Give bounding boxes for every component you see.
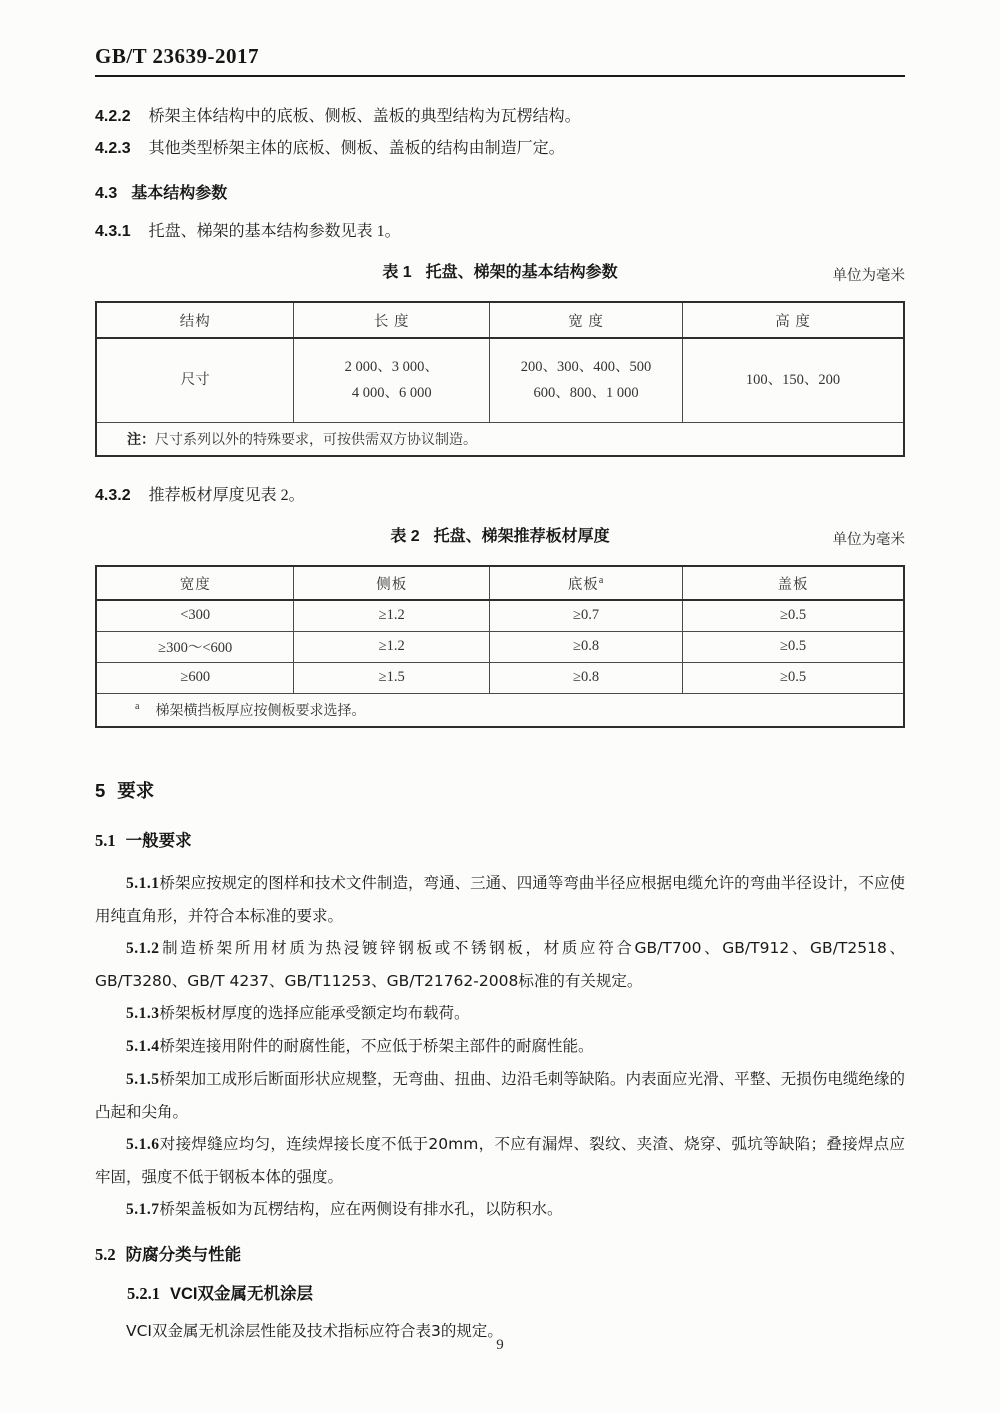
section-title: 基本结构参数 bbox=[131, 185, 227, 202]
table-row: 结构 长 度 宽 度 高 度 bbox=[96, 302, 904, 338]
table-row: 尺寸 2 000、3 000、 4 000、6 000 200、300、400、… bbox=[96, 338, 904, 422]
paragraph-text: 桥架板材厚度的选择应能承受额定均布载荷。 bbox=[160, 1004, 470, 1022]
footnote-marker: a bbox=[135, 701, 139, 712]
paragraph-text: 制造桥架所用材质为热浸镀锌钢板或不锈钢板，材质应符合GB/T700、GB/T91… bbox=[95, 939, 905, 990]
table1-note-cell: 注：尺寸系列以外的特殊要求，可按供需双方协议制造。 bbox=[96, 422, 904, 456]
paragraph-number: 5.1.6 bbox=[126, 1136, 160, 1153]
clause-4-3-1: 4.3.1托盘、梯架的基本结构参数见表 1。 bbox=[95, 217, 905, 247]
footnote-marker: a bbox=[599, 575, 604, 586]
table2-body: <300 ≥1.2 ≥0.7 ≥0.5 ≥300～<600 ≥1.2 ≥0.8 … bbox=[96, 600, 904, 727]
document-page: GB/T 23639-2017 4.2.2桥架主体结构中的底板、侧板、盖板的典型… bbox=[0, 0, 1000, 1414]
table1-caption-row: 表 1托盘、梯架的基本结构参数 单位为毫米 bbox=[95, 261, 905, 285]
paragraph-5-1-2: 5.1.2制造桥架所用材质为热浸镀锌钢板或不锈钢板，材质应符合GB/T700、G… bbox=[95, 932, 905, 997]
clause-text: 其他类型桥架主体的底板、侧板、盖板的结构由制造厂定。 bbox=[149, 140, 565, 157]
standard-number: GB/T 23639-2017 bbox=[95, 44, 905, 69]
section-title: 防腐分类与性能 bbox=[126, 1246, 242, 1264]
section-number: 5.1 bbox=[95, 831, 116, 850]
cell-cover-thickness: ≥0.5 bbox=[683, 662, 904, 693]
section-number: 5 bbox=[95, 780, 105, 801]
table1-width-cell: 200、300、400、500 600、800、1 000 bbox=[489, 338, 682, 422]
section-5-heading: 5要求 bbox=[95, 778, 905, 806]
page-content: GB/T 23639-2017 4.2.2桥架主体结构中的底板、侧板、盖板的典型… bbox=[95, 0, 905, 1346]
cell-width-range: <300 bbox=[96, 600, 294, 631]
header-bottom-text: 底板 bbox=[568, 577, 599, 593]
clause-number: 4.3.2 bbox=[95, 487, 131, 504]
paragraph-number: 5.1.3 bbox=[126, 1005, 160, 1022]
table2-footnote-cell: a梯架横挡板厚应按侧板要求选择。 bbox=[96, 693, 904, 727]
clause-text: 推荐板材厚度见表 2。 bbox=[149, 487, 305, 504]
cell-cover-thickness: ≥0.5 bbox=[683, 631, 904, 662]
section-number: 5.2.1 bbox=[127, 1284, 160, 1303]
cell-width-range: ≥300～<600 bbox=[96, 631, 294, 662]
paragraph-5-1-1: 5.1.1桥架应按规定的图样和技术文件制造，弯通、三通、四通等弯曲半径应根据电缆… bbox=[95, 867, 905, 932]
paragraph-5-1-7: 5.1.7桥架盖板如为瓦楞结构，应在两侧设有排水孔，以防积水。 bbox=[95, 1193, 905, 1226]
section-title: VCI双金属无机涂层 bbox=[170, 1285, 313, 1303]
clause-number: 4.2.2 bbox=[95, 108, 131, 125]
clause-4-3-2: 4.3.2推荐板材厚度见表 2。 bbox=[95, 481, 905, 511]
section-5-1-heading: 5.1一般要求 bbox=[95, 828, 905, 855]
paragraph-text: 对接焊缝应均匀，连续焊接长度不低于20mm，不应有漏焊、裂纹、夹渣、烧穿、弧坑等… bbox=[95, 1135, 905, 1186]
table2-footnote-row: a梯架横挡板厚应按侧板要求选择。 bbox=[96, 693, 904, 727]
clause-number: 4.3.1 bbox=[95, 223, 131, 240]
table1-header-width: 宽 度 bbox=[489, 302, 682, 338]
table2-caption-label: 表 2 bbox=[390, 528, 419, 545]
footnote-text: 梯架横挡板厚应按侧板要求选择。 bbox=[155, 704, 365, 719]
paragraph-5-1-5: 5.1.5桥架加工成形后断面形状应规整，无弯曲、扭曲、边沿毛刺等缺陷。内表面应光… bbox=[95, 1063, 905, 1128]
clause-4-2-2: 4.2.2桥架主体结构中的底板、侧板、盖板的典型结构为瓦楞结构。 bbox=[95, 101, 905, 133]
table2-header-bottom: 底板a bbox=[489, 566, 682, 600]
clause-number: 4.2.3 bbox=[95, 140, 131, 157]
clause-4-2-3: 4.2.3其他类型桥架主体的底板、侧板、盖板的结构由制造厂定。 bbox=[95, 133, 905, 165]
width-values-line2: 600、800、1 000 bbox=[494, 380, 678, 406]
paragraph-number: 5.1.4 bbox=[126, 1038, 160, 1055]
paragraph-text: 桥架连接用附件的耐腐性能，不应低于桥架主部件的耐腐性能。 bbox=[160, 1037, 594, 1055]
table2-caption: 表 2托盘、梯架推荐板材厚度 bbox=[95, 525, 905, 549]
cell-bottom-thickness: ≥0.7 bbox=[489, 600, 682, 631]
table2-header: 宽度 侧板 底板a 盖板 bbox=[96, 566, 904, 600]
table1-header-length: 长 度 bbox=[294, 302, 490, 338]
paragraph-5-1-3: 5.1.3桥架板材厚度的选择应能承受额定均布载荷。 bbox=[95, 997, 905, 1030]
paragraph-5-1-4: 5.1.4桥架连接用附件的耐腐性能，不应低于桥架主部件的耐腐性能。 bbox=[95, 1030, 905, 1063]
section-5-1-paragraphs: 5.1.1桥架应按规定的图样和技术文件制造，弯通、三通、四通等弯曲半径应根据电缆… bbox=[95, 867, 905, 1226]
table2-header-side: 侧板 bbox=[294, 566, 490, 600]
length-values-line1: 2 000、3 000、 bbox=[298, 354, 485, 380]
table2-header-width: 宽度 bbox=[96, 566, 294, 600]
table1-caption: 表 1托盘、梯架的基本结构参数 bbox=[95, 261, 905, 285]
section-title: 要求 bbox=[117, 780, 154, 801]
cell-bottom-thickness: ≥0.8 bbox=[489, 631, 682, 662]
section-number: 5.2 bbox=[95, 1245, 116, 1264]
table1: 结构 长 度 宽 度 高 度 尺寸 2 000、3 000、 4 000、6 0… bbox=[95, 301, 905, 457]
note-label: 注： bbox=[127, 431, 155, 447]
table1-row-label: 尺寸 bbox=[96, 338, 294, 422]
paragraph-number: 5.1.5 bbox=[126, 1071, 160, 1088]
clause-text: 桥架主体结构中的底板、侧板、盖板的典型结构为瓦楞结构。 bbox=[149, 108, 581, 125]
page-number: 9 bbox=[0, 1337, 1000, 1354]
paragraph-number: 5.1.2 bbox=[126, 940, 160, 957]
table-row: 宽度 侧板 底板a 盖板 bbox=[96, 566, 904, 600]
table2-unit-label: 单位为毫米 bbox=[833, 528, 906, 549]
table1-header-structure: 结构 bbox=[96, 302, 294, 338]
table-row: ≥600 ≥1.5 ≥0.8 ≥0.5 bbox=[96, 662, 904, 693]
section-5-2-1-heading: 5.2.1VCI双金属无机涂层 bbox=[127, 1281, 905, 1308]
cell-cover-thickness: ≥0.5 bbox=[683, 600, 904, 631]
clauses-4-2: 4.2.2桥架主体结构中的底板、侧板、盖板的典型结构为瓦楞结构。 4.2.3其他… bbox=[95, 101, 905, 165]
paragraph-number: 5.1.1 bbox=[126, 875, 160, 892]
table1-header: 结构 长 度 宽 度 高 度 bbox=[96, 302, 904, 338]
paragraph-text: 桥架盖板如为瓦楞结构，应在两侧设有排水孔，以防积水。 bbox=[160, 1200, 563, 1218]
cell-side-thickness: ≥1.2 bbox=[294, 600, 490, 631]
running-header: GB/T 23639-2017 bbox=[95, 0, 905, 77]
section-4-3-heading: 4.3基本结构参数 bbox=[95, 181, 905, 207]
cell-side-thickness: ≥1.5 bbox=[294, 662, 490, 693]
table2-header-cover: 盖板 bbox=[683, 566, 904, 600]
table1-length-cell: 2 000、3 000、 4 000、6 000 bbox=[294, 338, 490, 422]
table1-height-cell: 100、150、200 bbox=[683, 338, 904, 422]
table2-caption-text: 托盘、梯架推荐板材厚度 bbox=[434, 528, 610, 545]
table1-caption-text: 托盘、梯架的基本结构参数 bbox=[426, 264, 618, 281]
note-text: 尺寸系列以外的特殊要求，可按供需双方协议制造。 bbox=[155, 433, 477, 448]
table1-body: 尺寸 2 000、3 000、 4 000、6 000 200、300、400、… bbox=[96, 338, 904, 456]
length-values-line2: 4 000、6 000 bbox=[298, 380, 485, 406]
paragraph-number: 5.1.7 bbox=[126, 1201, 160, 1218]
paragraph-text: 桥架应按规定的图样和技术文件制造，弯通、三通、四通等弯曲半径应根据电缆允许的弯曲… bbox=[95, 874, 905, 925]
cell-bottom-thickness: ≥0.8 bbox=[489, 662, 682, 693]
table1-caption-label: 表 1 bbox=[382, 264, 411, 281]
table1-note-row: 注：尺寸系列以外的特殊要求，可按供需双方协议制造。 bbox=[96, 422, 904, 456]
table1-header-height: 高 度 bbox=[683, 302, 904, 338]
table1-unit-label: 单位为毫米 bbox=[833, 264, 906, 285]
paragraph-text: 桥架加工成形后断面形状应规整，无弯曲、扭曲、边沿毛刺等缺陷。内表面应光滑、平整、… bbox=[95, 1070, 905, 1121]
cell-width-range: ≥600 bbox=[96, 662, 294, 693]
table2: 宽度 侧板 底板a 盖板 <300 ≥1.2 ≥0.7 ≥0.5 ≥300～<6… bbox=[95, 565, 905, 728]
header-rule bbox=[95, 75, 905, 77]
section-5-2-heading: 5.2防腐分类与性能 bbox=[95, 1242, 905, 1269]
cell-side-thickness: ≥1.2 bbox=[294, 631, 490, 662]
section-title: 一般要求 bbox=[126, 832, 192, 850]
table2-caption-row: 表 2托盘、梯架推荐板材厚度 单位为毫米 bbox=[95, 525, 905, 549]
table-row: ≥300～<600 ≥1.2 ≥0.8 ≥0.5 bbox=[96, 631, 904, 662]
section-number: 4.3 bbox=[95, 185, 117, 202]
paragraph-5-1-6: 5.1.6对接焊缝应均匀，连续焊接长度不低于20mm，不应有漏焊、裂纹、夹渣、烧… bbox=[95, 1128, 905, 1193]
width-values-line1: 200、300、400、500 bbox=[494, 354, 678, 380]
clause-text: 托盘、梯架的基本结构参数见表 1。 bbox=[149, 223, 401, 240]
table-row: <300 ≥1.2 ≥0.7 ≥0.5 bbox=[96, 600, 904, 631]
